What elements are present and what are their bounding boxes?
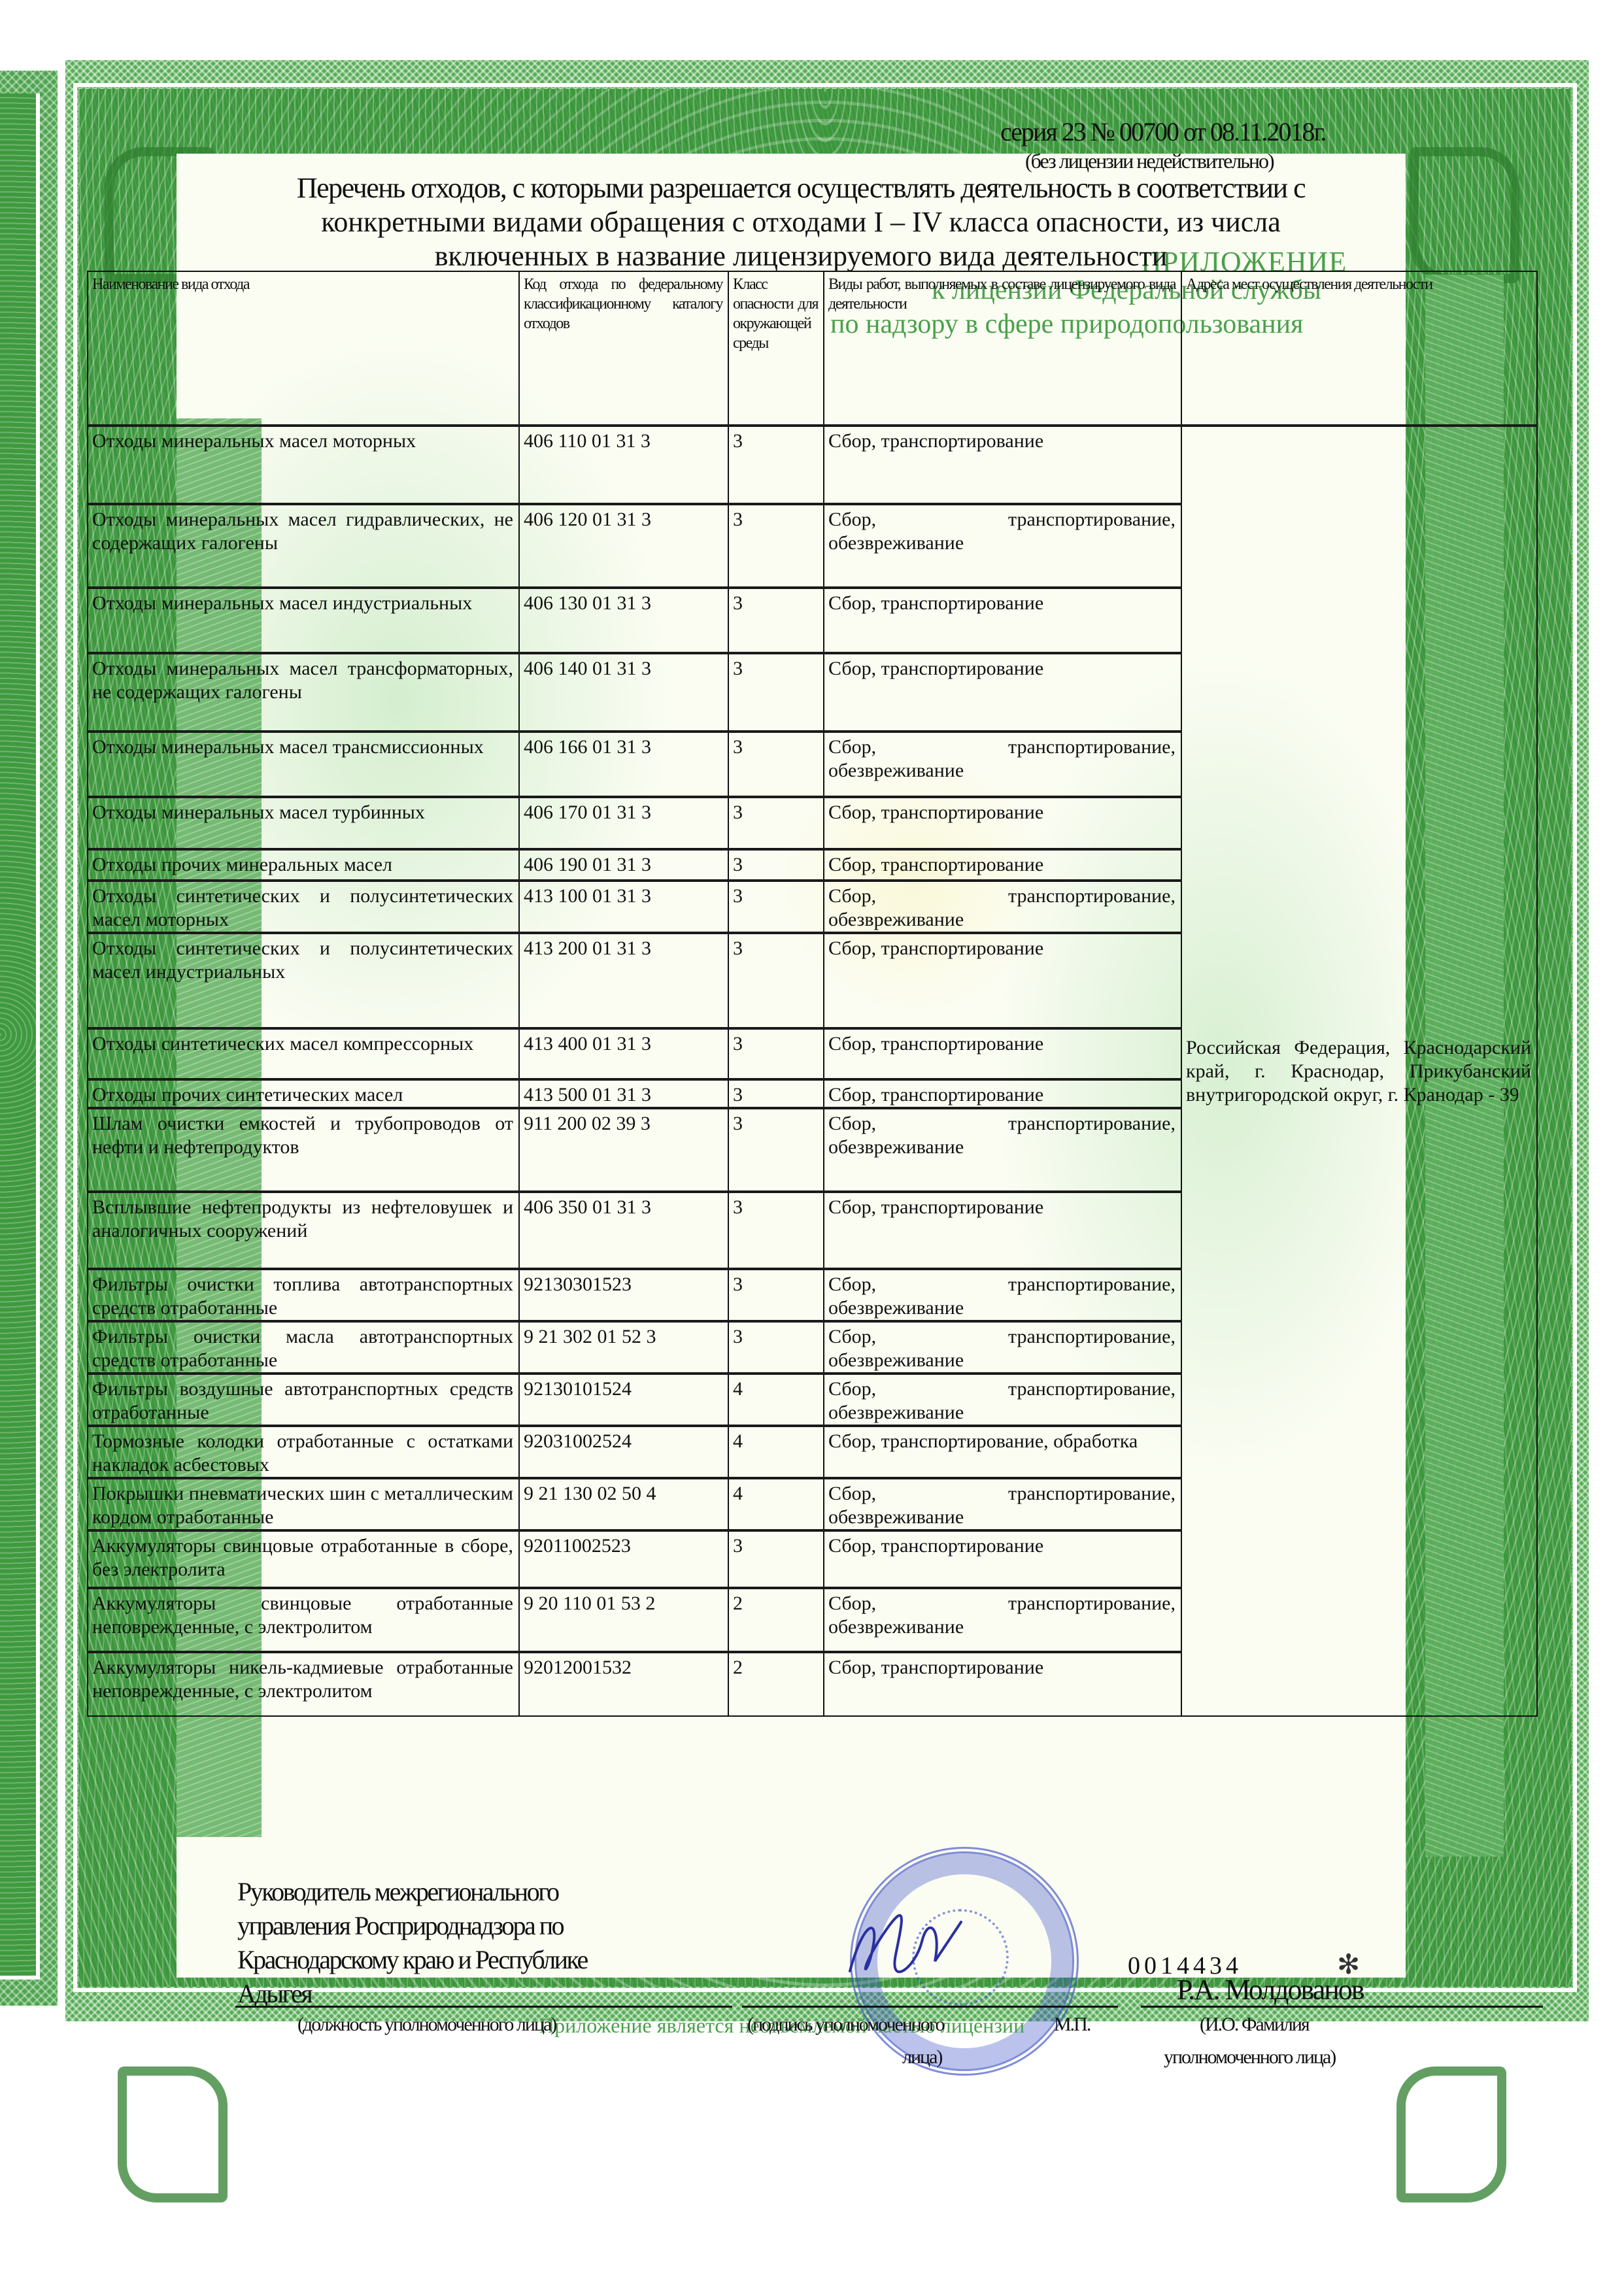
document-title: Перечень отходов, с которыми разрешается… — [190, 171, 1412, 273]
hazard-class: 3 — [728, 1269, 824, 1321]
waste-name: Отходы минеральных масел турбинных — [88, 797, 519, 849]
title-line-2: конкретными видами обращения с отходами … — [190, 205, 1412, 239]
waste-code: 406 350 01 31 3 — [519, 1192, 728, 1269]
previous-sheet-edge — [0, 71, 58, 2006]
signer-position: Руководитель межрегионального управления… — [237, 1875, 587, 2011]
work-types: Сбор, транспортирование, обработка — [824, 1426, 1181, 1478]
hazard-class: 3 — [728, 1530, 824, 1588]
hazard-class: 3 — [728, 1321, 824, 1374]
work-types: Сбор, транспортирование, обезвреживание — [824, 504, 1181, 588]
signature-underline — [742, 2006, 1118, 2008]
hazard-class: 4 — [728, 1374, 824, 1426]
hazard-class: 4 — [728, 1478, 824, 1530]
column-header-code: Код отхода по федеральному классификацио… — [519, 271, 728, 426]
waste-name: Отходы синтетических и полусинтетических… — [88, 881, 519, 933]
title-line-1: Перечень отходов, с которыми разрешается… — [190, 171, 1412, 205]
work-types: Сбор, транспортирование — [824, 933, 1181, 1028]
handwritten-signature-icon — [843, 1909, 981, 1981]
waste-name: Аккумуляторы никель-кадмиевые отработанн… — [88, 1652, 519, 1716]
title-line-3: включенных в название лицензируемого вид… — [190, 239, 1412, 273]
hazard-class: 3 — [728, 504, 824, 588]
waste-code: 413 400 01 31 3 — [519, 1028, 728, 1079]
waste-name: Фильтры воздушные автотранспортных средс… — [88, 1374, 519, 1426]
waste-code: 92130301523 — [519, 1269, 728, 1321]
waste-code: 413 200 01 31 3 — [519, 933, 728, 1028]
waste-code: 406 166 01 31 3 — [519, 732, 728, 797]
hazard-class: 3 — [728, 849, 824, 881]
hazard-class: 3 — [728, 1108, 824, 1192]
caption-signature-cont: лица) — [902, 2046, 941, 2068]
waste-name: Отходы синтетических масел компрессорных — [88, 1028, 519, 1079]
waste-code: 413 500 01 31 3 — [519, 1079, 728, 1108]
work-types: Сбор, транспортирование, обезвреживание — [824, 1478, 1181, 1530]
column-header-works: Виды работ, выполняемых в составе лиценз… — [824, 271, 1181, 426]
work-types: Сбор, транспортирование, обезвреживание — [824, 1321, 1181, 1374]
column-header-address: Адреса мест осуществления деятельности — [1181, 271, 1537, 426]
column-header-name: Наименование вида отхода — [88, 271, 519, 426]
waste-code: 9 21 302 01 52 3 — [519, 1321, 728, 1374]
waste-name: Всплывшие нефтепродукты из нефтеловушек … — [88, 1192, 519, 1269]
waste-code: 92031002524 — [519, 1426, 728, 1478]
waste-name: Отходы минеральных масел индустриальных — [88, 588, 519, 653]
waste-code: 406 120 01 31 3 — [519, 504, 728, 588]
hazard-class: 3 — [728, 933, 824, 1028]
table-row: Отходы минеральных масел моторных406 110… — [88, 426, 1537, 504]
position-underline — [235, 2006, 732, 2008]
waste-name: Отходы прочих минеральных масел — [88, 849, 519, 881]
waste-code: 406 130 01 31 3 — [519, 588, 728, 653]
waste-name: Тормозные колодки отработанные с остатка… — [88, 1426, 519, 1478]
waste-name: Отходы минеральных масел трансформаторны… — [88, 653, 519, 732]
license-series: серия 23 № 00700 от 08.11.2018г. — [1000, 116, 1325, 147]
hazard-class: 4 — [728, 1426, 824, 1478]
caption-name: (И.О. Фамилия — [1200, 2014, 1309, 2036]
waste-code: 406 140 01 31 3 — [519, 653, 728, 732]
waste-name: Аккумуляторы свинцовые отработанные в сб… — [88, 1530, 519, 1588]
waste-code: 92011002523 — [519, 1530, 728, 1588]
waste-code: 92012001532 — [519, 1652, 728, 1716]
hazard-class: 3 — [728, 1192, 824, 1269]
waste-name: Отходы минеральных масел моторных — [88, 426, 519, 504]
waste-name: Покрышки пневматических шин с металличес… — [88, 1478, 519, 1530]
hazard-class: 3 — [728, 881, 824, 933]
caption-position: (должность уполномоченного лица) — [297, 2014, 556, 2036]
caption-stamp: М.П. — [1054, 2014, 1090, 2036]
hazard-class: 3 — [728, 732, 824, 797]
caption-name-cont: уполномоченного лица) — [1164, 2046, 1335, 2068]
work-types: Сбор, транспортирование — [824, 1028, 1181, 1079]
work-types: Сбор, транспортирование, обезвреживание — [824, 1588, 1181, 1652]
work-types: Сбор, транспортирование, обезвреживание — [824, 1374, 1181, 1426]
waste-table: Наименование вида отхода Код отхода по ф… — [87, 271, 1538, 1717]
work-types: Сбор, транспортирование, обезвреживание — [824, 1108, 1181, 1192]
corner-ornament-icon — [1410, 147, 1519, 283]
waste-code: 911 200 02 39 3 — [519, 1108, 728, 1192]
waste-code: 92130101524 — [519, 1374, 728, 1426]
work-types: Сбор, транспортирование — [824, 1192, 1181, 1269]
waste-code: 406 170 01 31 3 — [519, 797, 728, 849]
work-types: Сбор, транспортирование — [824, 1079, 1181, 1108]
waste-code: 406 190 01 31 3 — [519, 849, 728, 881]
work-types: Сбор, транспортирование — [824, 1530, 1181, 1588]
license-series-note: (без лицензии недействительно) — [1025, 149, 1274, 173]
waste-code: 9 21 130 02 50 4 — [519, 1478, 728, 1530]
work-types: Сбор, транспортирование — [824, 653, 1181, 732]
signer-name: Р.А. Молдованов — [1177, 1973, 1364, 2006]
caption-signature: (подпись уполномоченного — [747, 2014, 943, 2036]
name-underline — [1141, 2006, 1543, 2008]
hazard-class: 3 — [728, 1028, 824, 1079]
hazard-class: 2 — [728, 1588, 824, 1652]
corner-ornament-icon — [118, 2066, 228, 2202]
hazard-class: 3 — [728, 588, 824, 653]
waste-code: 9 20 110 01 53 2 — [519, 1588, 728, 1652]
waste-name: Фильтры очистки масла автотранспортных с… — [88, 1321, 519, 1374]
waste-name: Фильтры очистки топлива автотранспортных… — [88, 1269, 519, 1321]
work-types: Сбор, транспортирование — [824, 849, 1181, 881]
work-types: Сбор, транспортирование — [824, 426, 1181, 504]
hazard-class: 3 — [728, 797, 824, 849]
waste-name: Шлам очистки емкостей и трубопроводов от… — [88, 1108, 519, 1192]
waste-name: Отходы минеральных масел трансмиссионных — [88, 732, 519, 797]
waste-name: Отходы синтетических и полусинтетических… — [88, 933, 519, 1028]
waste-name: Аккумуляторы свинцовые отработанные непо… — [88, 1588, 519, 1652]
waste-name: Отходы прочих синтетических масел — [88, 1079, 519, 1108]
work-types: Сбор, транспортирование, обезвреживание — [824, 1269, 1181, 1321]
waste-name: Отходы минеральных масел гидравлических,… — [88, 504, 519, 588]
corner-ornament-icon — [1396, 2066, 1506, 2202]
hazard-class: 3 — [728, 653, 824, 732]
work-types: Сбор, транспортирование — [824, 1652, 1181, 1716]
hazard-class: 3 — [728, 1079, 824, 1108]
hazard-class: 2 — [728, 1652, 824, 1716]
activity-address: Российская Федерация, Краснодарский край… — [1181, 426, 1537, 1716]
hazard-class: 3 — [728, 426, 824, 504]
work-types: Сбор, транспортирование, обезвреживание — [824, 881, 1181, 933]
waste-code: 413 100 01 31 3 — [519, 881, 728, 933]
column-header-class: Класс опасности для окружающей среды — [728, 271, 824, 426]
waste-code: 406 110 01 31 3 — [519, 426, 728, 504]
work-types: Сбор, транспортирование, обезвреживание — [824, 732, 1181, 797]
work-types: Сбор, транспортирование — [824, 588, 1181, 653]
work-types: Сбор, транспортирование — [824, 797, 1181, 849]
